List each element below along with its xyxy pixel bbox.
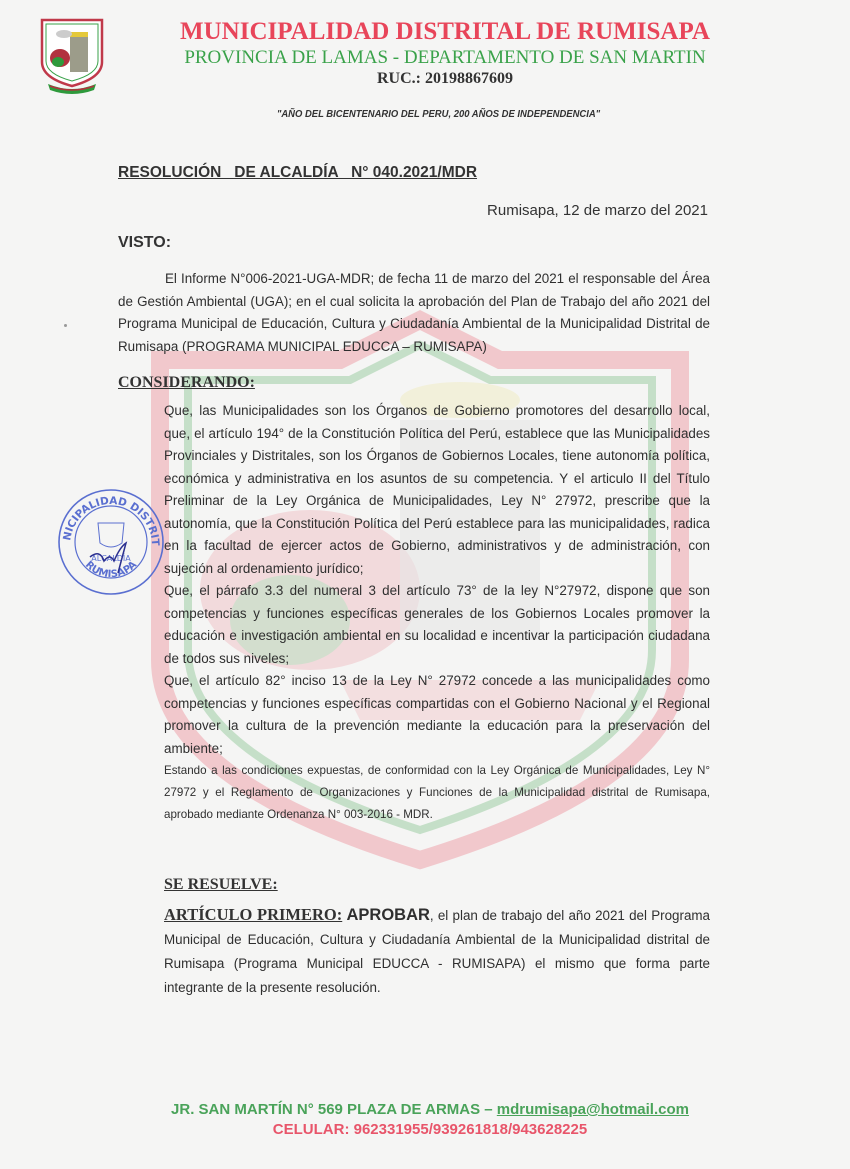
considerando-heading: CONSIDERANDO:	[118, 374, 255, 392]
considerando-paragraph: Que, las Municipalidades son los Órganos…	[164, 400, 710, 580]
footer-phones: CELULAR: 962331955/939261818/943628225	[0, 1121, 850, 1138]
official-seal-stamp-icon: MUNICIPALIDAD DISTRITAL RUMISAPA ALCALDÍ…	[56, 487, 166, 597]
visto-heading: VISTO:	[118, 234, 171, 252]
province-department: PROVINCIA DE LAMAS - DEPARTAMENTO DE SAN…	[0, 47, 850, 69]
footer-address: JR. SAN MARTÍN N° 569 PLAZA DE ARMAS – m…	[0, 1101, 850, 1118]
year-motto: "AÑO DEL BICENTENARIO DEL PERU, 200 AÑOS…	[43, 108, 808, 120]
resuelve-heading: SE RESUELVE:	[164, 876, 278, 894]
document-date: Rumisapa, 12 de marzo del 2021	[487, 202, 708, 219]
articulo-label: ARTÍCULO PRIMERO:	[164, 905, 342, 924]
considerando-paragraph: Estando a las condiciones expuestas, de …	[164, 760, 710, 826]
resolution-title: RESOLUCIÓN DE ALCALDÍA N° 040.2021/MDR	[118, 164, 477, 182]
considerando-paragraph: Que, el párrafo 3.3 del numeral 3 del ar…	[164, 580, 710, 670]
address-text: JR. SAN MARTÍN N° 569 PLAZA DE ARMAS –	[171, 1101, 497, 1118]
articulo-verb: APROBAR	[346, 906, 429, 924]
considerando-paragraph: Que, el artículo 82° inciso 13 de la Ley…	[164, 670, 710, 760]
scan-speck	[64, 324, 67, 327]
visto-paragraph: El Informe N°006-2021-UGA-MDR; de fecha …	[118, 268, 710, 358]
municipality-name: MUNICIPALIDAD DISTRITAL DE RUMISAPA	[0, 18, 850, 46]
articulo-primero: ARTÍCULO PRIMERO: APROBAR, el plan de tr…	[164, 903, 710, 1000]
email-link[interactable]: mdrumisapa@hotmail.com	[497, 1101, 689, 1118]
ruc-number: RUC.: 20198867609	[0, 70, 850, 88]
considerando-section: Que, las Municipalidades son los Órganos…	[164, 400, 710, 826]
svg-text:MUNICIPALIDAD DISTRITAL: MUNICIPALIDAD DISTRITAL	[56, 487, 161, 547]
